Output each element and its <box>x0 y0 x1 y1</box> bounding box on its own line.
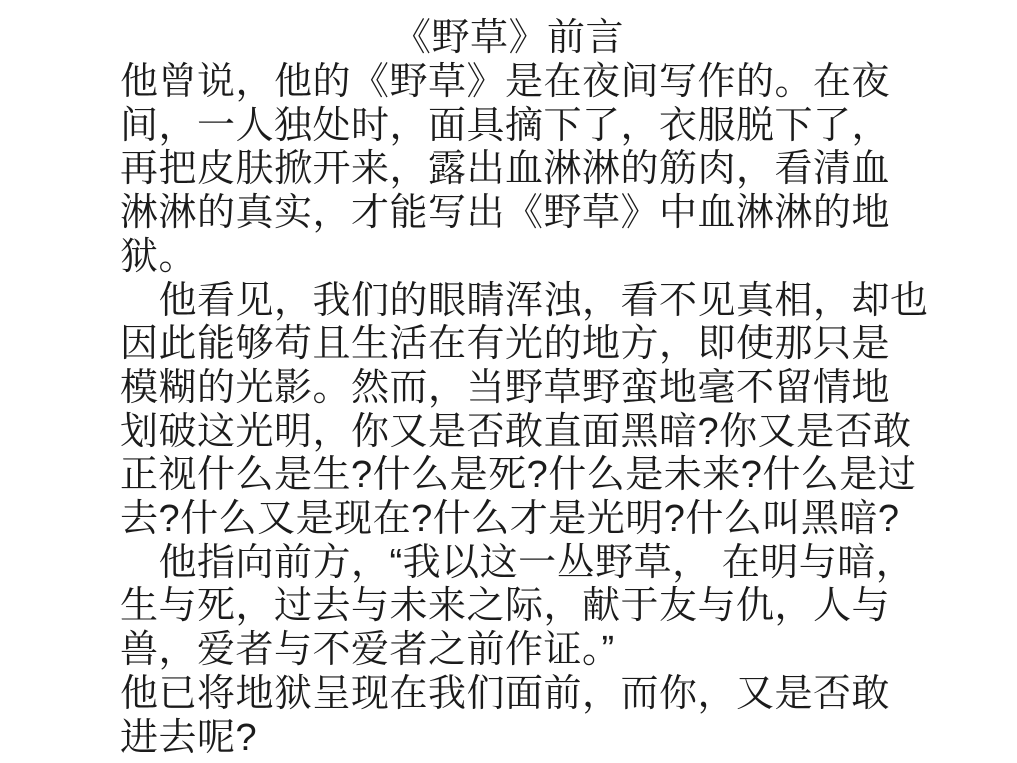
text-line: 狱。 <box>120 236 897 280</box>
text-line: 他指向前方，“我以这一丛野草， 在明与暗， <box>120 542 897 586</box>
text-line: 他已将地狱呈现在我们面前，而你，又是否敢 <box>120 673 897 717</box>
paragraph-3: 他指向前方，“我以这一丛野草， 在明与暗， 生与死，过去与未来之际，献于友与仇，… <box>120 542 897 673</box>
text-line: 间，一人独处时，面具摘下了，衣服脱下了， <box>120 105 897 149</box>
text-line: 淋淋的真实，才能写出《野草》中血淋淋的地 <box>120 192 897 236</box>
text-line: 兽，爱者与不爱者之前作证。” <box>120 629 897 673</box>
text-line: 他曾说，他的《野草》是在夜间写作的。在夜 <box>120 61 897 105</box>
text-line: 因此能够苟且生活在有光的地方，即使那只是 <box>120 323 897 367</box>
paragraph-4: 他已将地狱呈现在我们面前，而你，又是否敢 进去呢? <box>120 673 897 760</box>
page-title: 《野草》前言 <box>120 16 897 61</box>
text-line: 他看见，我们的眼睛浑浊，看不见真相，却也 <box>120 280 897 324</box>
document-page: 《野草》前言 他曾说，他的《野草》是在夜间写作的。在夜 间，一人独处时，面具摘下… <box>0 0 1017 763</box>
text-line: 模糊的光影。然而，当野草野蛮地毫不留情地 <box>120 367 897 411</box>
text-line: 生与死，过去与未来之际，献于友与仇，人与 <box>120 585 897 629</box>
text-line: 去?什么又是现在?什么才是光明?什么叫黑暗? <box>120 498 897 542</box>
text-line: 进去呢? <box>120 717 897 761</box>
document-content: 《野草》前言 他曾说，他的《野草》是在夜间写作的。在夜 间，一人独处时，面具摘下… <box>0 0 1017 760</box>
paragraph-1: 他曾说，他的《野草》是在夜间写作的。在夜 间，一人独处时，面具摘下了，衣服脱下了… <box>120 61 897 280</box>
paragraph-2: 他看见，我们的眼睛浑浊，看不见真相，却也 因此能够苟且生活在有光的地方，即使那只… <box>120 280 897 542</box>
text-line: 划破这光明，你又是否敢直面黑暗?你又是否敢 <box>120 411 897 455</box>
text-line: 再把皮肤掀开来，露出血淋淋的筋肉，看清血 <box>120 148 897 192</box>
text-line: 正视什么是生?什么是死?什么是未来?什么是过 <box>120 454 897 498</box>
